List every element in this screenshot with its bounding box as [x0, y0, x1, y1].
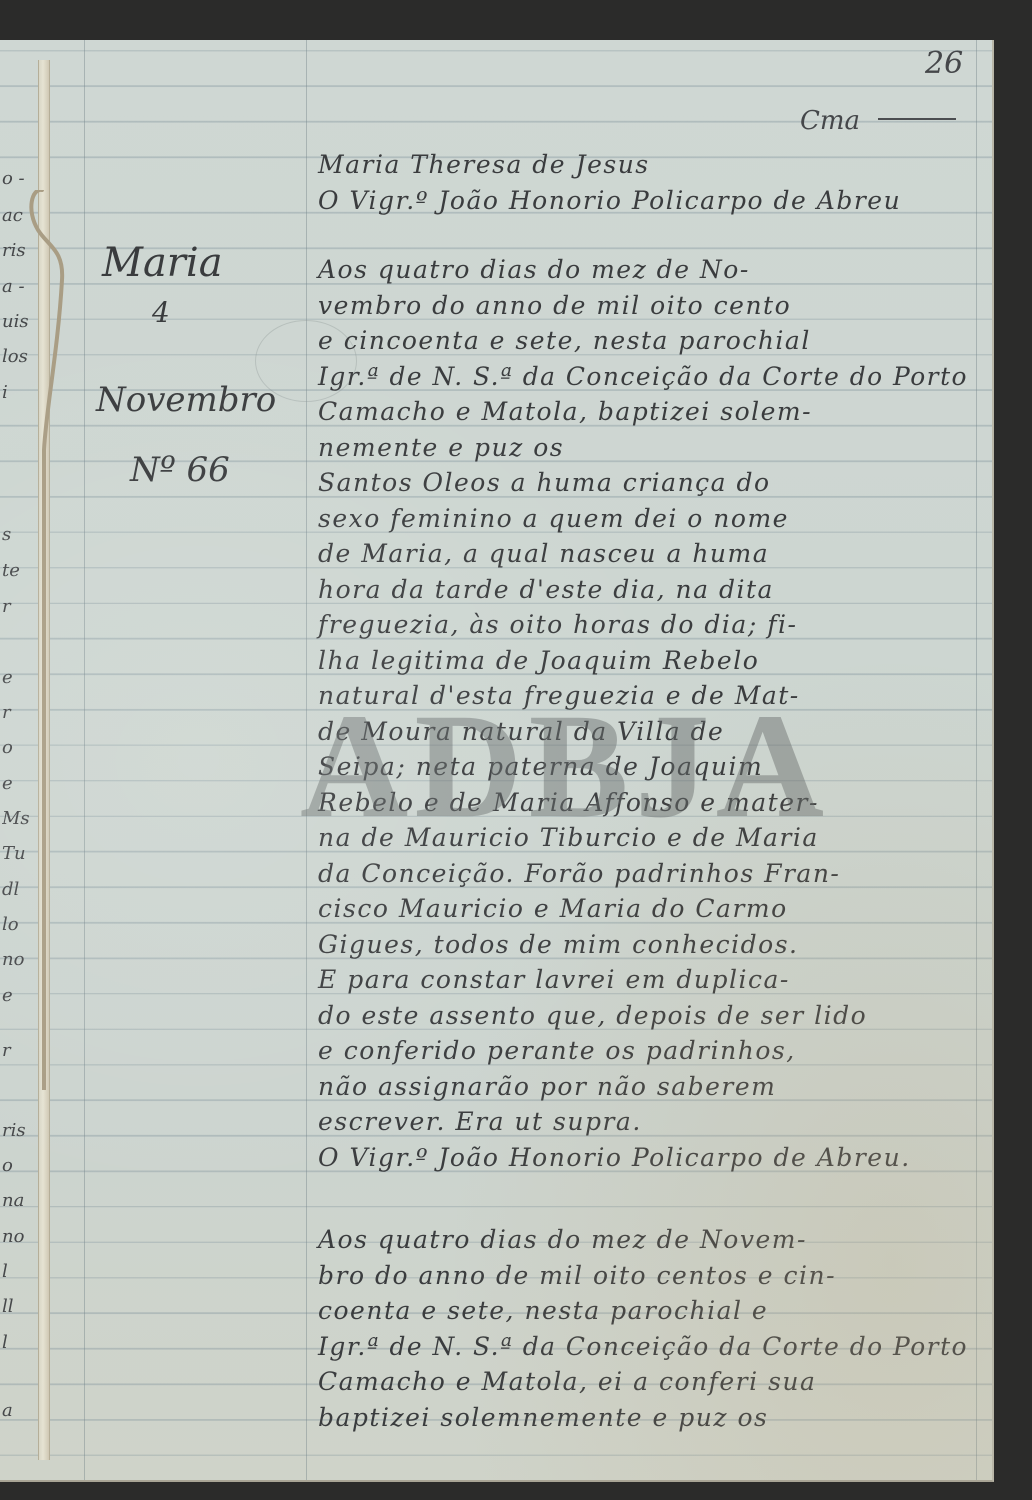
- entry-signature: O Vigr.º João Honorio Policarpo de Abreu…: [318, 1143, 911, 1172]
- entry-line: Gigues, todos de mim conhecidos.: [318, 930, 799, 959]
- entry-line: da Conceição. Forão padrinhos Fran-: [318, 859, 840, 888]
- prev-page-fragment: o -: [2, 168, 36, 189]
- folio-number: 26: [925, 46, 963, 81]
- entry-line: do este assento que, depois de ser lido: [318, 1001, 867, 1030]
- right-margin-rule: [976, 40, 977, 1480]
- header-underline: [878, 118, 956, 120]
- entry-line: natural d'esta freguezia e de Mat-: [318, 681, 800, 710]
- entry-line: baptizei solemnemente e puz os: [318, 1403, 768, 1432]
- margin-day: 4: [152, 296, 170, 329]
- prev-page-fragment: l: [2, 1332, 36, 1353]
- entry-margin-rule: [306, 40, 307, 1480]
- prev-page-fragment: no: [2, 1226, 36, 1247]
- prev-page-fragment: ris: [2, 1120, 36, 1141]
- entry-line: e cincoenta e sete, nesta parochial: [318, 326, 811, 355]
- entry-line: Seipa; neta paterna de Joaquim: [318, 752, 763, 781]
- left-margin-rule: [84, 40, 85, 1480]
- entry-line: de Moura natural da Villa de: [318, 717, 724, 746]
- prev-entry-signature: O Vigr.º João Honorio Policarpo de Abreu: [318, 186, 901, 215]
- prev-page-fragment: a: [2, 1400, 36, 1421]
- entry-line: hora da tarde d'este dia, na dita: [318, 575, 774, 604]
- entry-line: escrever. Era ut supra.: [318, 1107, 642, 1136]
- page-header-word: Cma: [800, 106, 860, 136]
- margin-entry-number: Nº 66: [130, 450, 230, 490]
- entry-line: coenta e sete, nesta parochial e: [318, 1296, 768, 1325]
- entry-line: Igr.ª de N. S.ª da Conceição da Corte do…: [318, 1332, 968, 1361]
- entry-line: nemente e puz os: [318, 433, 564, 462]
- entry-line: Igr.ª de N. S.ª da Conceição da Corte do…: [318, 362, 968, 391]
- entry-line: sexo feminino a quem dei o nome: [318, 504, 789, 533]
- binding-thread-icon: [24, 190, 84, 1090]
- prev-entry-line: Maria Theresa de Jesus: [318, 150, 650, 179]
- entry-line: Santos Oleos a huma criança do: [318, 468, 771, 497]
- entry-line: freguezia, às oito horas do dia; fi-: [318, 610, 797, 639]
- entry-line: Aos quatro dias do mez de No-: [318, 255, 750, 284]
- entry-line: e conferido perante os padrinhos,: [318, 1036, 796, 1065]
- entry-line: de Maria, a qual nasceu a huma: [318, 539, 769, 568]
- prev-page-fragment: l: [2, 1261, 36, 1282]
- entry-line: lha legitima de Joaquim Rebelo: [318, 646, 759, 675]
- prev-page-fragment: na: [2, 1190, 36, 1211]
- entry-line: bro do anno de mil oito centos e cin-: [318, 1261, 836, 1290]
- entry-line: cisco Mauricio e Maria do Carmo: [318, 894, 788, 923]
- margin-month: Novembro: [96, 380, 276, 420]
- entry-line: Camacho e Matola, baptizei solem-: [318, 397, 812, 426]
- entry-line: E para constar lavrei em duplica-: [318, 965, 790, 994]
- entry-line: Camacho e Matola, ei a conferi sua: [318, 1367, 816, 1396]
- manuscript-page: o - ac ris a - uis los i s te r e r o e …: [0, 40, 994, 1482]
- prev-page-fragment: o: [2, 1155, 36, 1176]
- entry-line: na de Mauricio Tiburcio e de Maria: [318, 823, 819, 852]
- margin-baptized-name: Maria: [102, 240, 223, 286]
- prev-page-fragment: ll: [2, 1296, 36, 1317]
- entry-line: Aos quatro dias do mez de Novem-: [318, 1225, 807, 1254]
- entry-line: Rebelo e de Maria Affonso e mater-: [318, 788, 819, 817]
- entry-line: vembro do anno de mil oito cento: [318, 291, 791, 320]
- entry-line: não assignarão por não saberem: [318, 1072, 776, 1101]
